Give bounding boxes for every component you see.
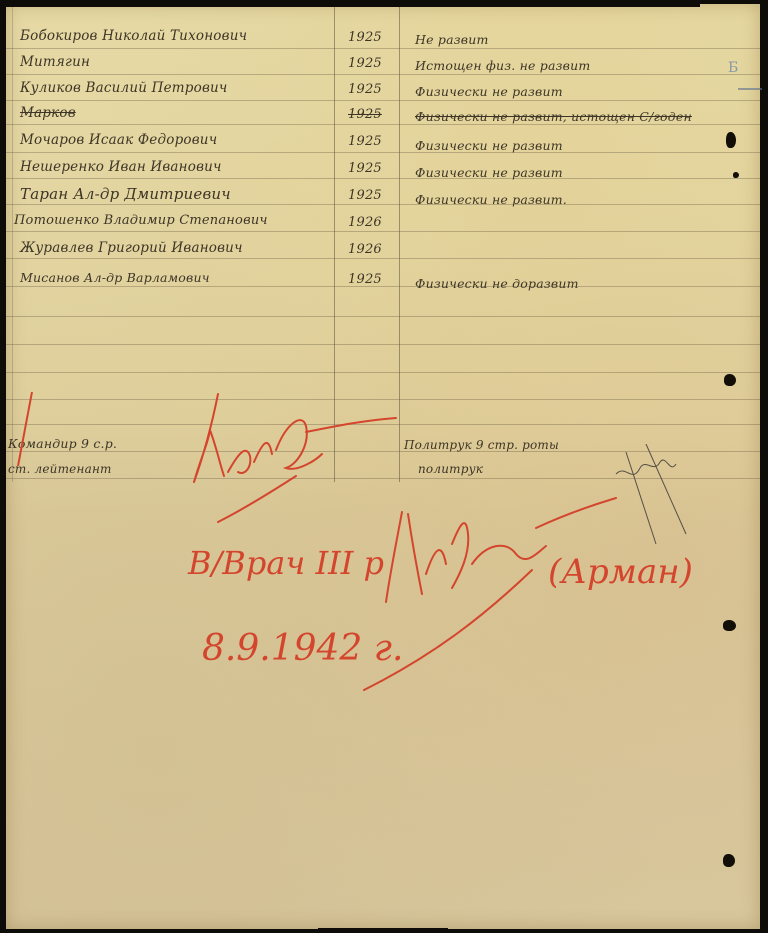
row-name: Журавлев Григорий Иванович xyxy=(20,240,243,256)
row-name: Нешеренко Иван Иванович xyxy=(20,159,222,175)
binder-hole xyxy=(726,132,736,148)
rule-line xyxy=(6,124,760,125)
row-name: Куликов Василий Петрович xyxy=(20,80,228,96)
row-name: Потошенко Владимир Степанович xyxy=(14,213,268,228)
rule-line xyxy=(6,372,760,373)
rule-line xyxy=(6,231,760,232)
row-year: 1925 xyxy=(348,30,382,45)
row-name-struck: Марков xyxy=(20,105,76,121)
document-page: Бобокиров Николай Тихонович 1925 Не разв… xyxy=(6,4,760,929)
margin-mark: Б xyxy=(728,60,739,76)
row-name: Мисанов Ал-др Варламович xyxy=(20,270,210,285)
margin-dash xyxy=(738,88,762,90)
binder-hole xyxy=(733,172,739,178)
rule-line xyxy=(6,258,760,259)
rule-line xyxy=(6,48,760,49)
row-remark: Физически не развит. xyxy=(415,192,567,207)
rule-line xyxy=(6,204,760,205)
binder-hole xyxy=(723,854,735,867)
row-remark-struck: Физически не развит, истощен С/годен xyxy=(415,109,692,124)
row-year: 1925 xyxy=(348,272,382,287)
row-name: Мочаров Исаак Федорович xyxy=(20,132,217,148)
row-remark: Истощен физ. не развит xyxy=(415,58,590,73)
politruk-rank: политрук xyxy=(418,462,483,476)
row-remark: Физически не развит xyxy=(415,84,563,99)
rule-line xyxy=(6,344,760,345)
row-remark: Не развит xyxy=(415,32,489,47)
rule-line xyxy=(6,178,760,179)
binder-hole xyxy=(724,374,736,386)
row-remark: Физически не развит xyxy=(415,138,563,153)
rule-line xyxy=(6,286,760,287)
row-year: 1925 xyxy=(348,56,382,71)
rule-line xyxy=(6,152,760,153)
row-year: 1925 xyxy=(348,161,382,176)
rule-line xyxy=(6,316,760,317)
row-year: 1925 xyxy=(348,188,382,203)
politruk-title: Политрук 9 стр. роты xyxy=(404,438,559,452)
row-year: 1926 xyxy=(348,242,382,257)
binder-hole xyxy=(723,620,736,631)
row-name: Бобокиров Николай Тихонович xyxy=(20,28,247,44)
row-name: Митягин xyxy=(20,54,90,70)
row-year: 1926 xyxy=(348,215,382,230)
doctor-signature xyxy=(356,484,676,694)
doctor-title: В/Врач III р xyxy=(188,544,384,582)
row-remark: Физически не развит xyxy=(415,165,563,180)
row-name: Таран Ал-др Дмитриевич xyxy=(20,185,231,203)
rule-line xyxy=(6,100,760,101)
rule-line xyxy=(6,74,760,75)
row-remark: Физически не доразвит xyxy=(415,276,579,291)
scan-edge xyxy=(318,928,448,933)
scan-edge xyxy=(0,0,700,7)
commander-signature xyxy=(6,384,406,524)
row-year: 1925 xyxy=(348,134,382,149)
row-year: 1925 xyxy=(348,107,382,122)
row-year: 1925 xyxy=(348,82,382,97)
